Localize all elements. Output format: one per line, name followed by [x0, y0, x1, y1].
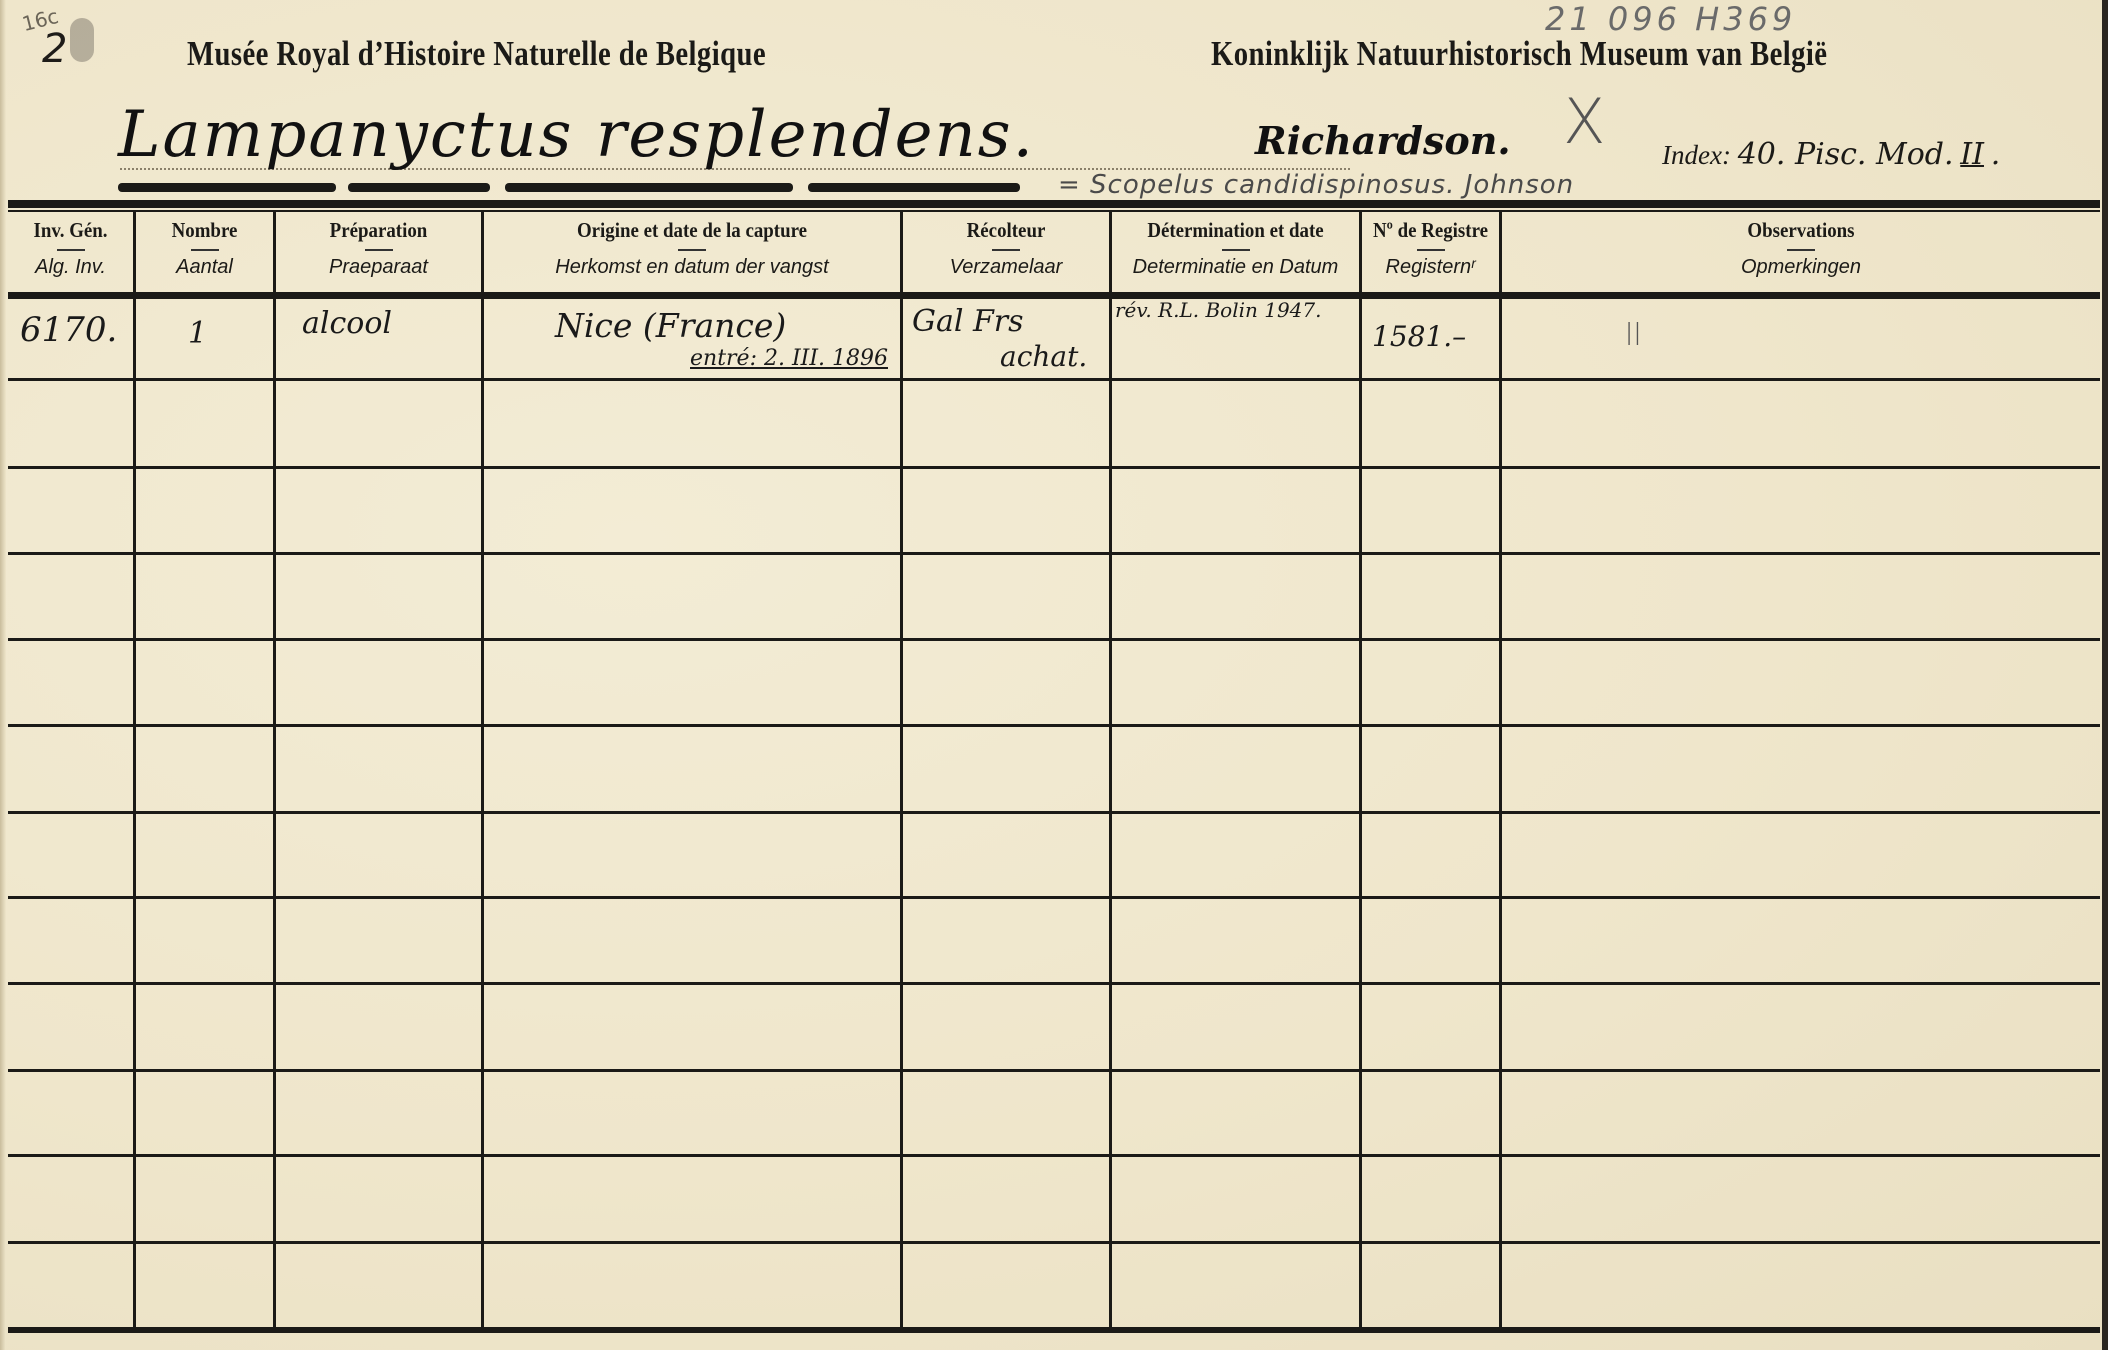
header-nl: Herkomst en datum der vangst [484, 256, 900, 279]
row-divider [8, 466, 2100, 469]
cell-collector-note: achat. [1000, 340, 1087, 373]
cell-determination: rév. R.L. Bolin 1947. [1115, 298, 1321, 322]
column-header-determination: Détermination et date Determinatie en Da… [1112, 214, 1359, 292]
header-nl: Alg. Inv. [8, 256, 133, 279]
row-divider [8, 552, 2100, 555]
species-underline [118, 183, 336, 192]
index-roman: II [1960, 137, 1984, 172]
species-author: Richardson. [1255, 118, 1511, 163]
corner-note-large: 2 [42, 26, 67, 72]
column-header-origin: Origine et date de la capture Herkomst e… [484, 214, 900, 292]
header-dash [57, 249, 85, 251]
header-nl: Verzamelaar [903, 256, 1109, 279]
check-mark-icon: X [1563, 85, 1605, 158]
table-top-thin-rule [8, 210, 2100, 212]
header-fr: Récolteur [913, 218, 1098, 243]
column-header-register: Nº de Registre Registernʳ [1362, 214, 1499, 292]
column-divider [1499, 212, 1502, 1328]
header-fr: Préparation [286, 218, 471, 243]
corner-annotation: 16c 2 [22, 8, 58, 32]
header-dash [1417, 249, 1445, 251]
header-fr: Nº de Registre [1369, 218, 1492, 243]
index-value: 40. Pisc. Mod. [1738, 137, 1954, 172]
header-dash [1787, 249, 1815, 251]
table-top-thick-rule [8, 200, 2100, 208]
header-nl: Determinatie en Datum [1112, 256, 1359, 279]
header-dash [191, 249, 219, 251]
column-divider [900, 212, 903, 1328]
pencil-smudge-icon [70, 18, 94, 62]
card-right-edge [2102, 0, 2108, 1350]
table-bottom-rule [8, 1327, 2100, 1333]
cell-inventory-number: 6170. [20, 310, 117, 350]
row-divider [8, 896, 2100, 899]
index-reference: Index: 40. Pisc. Mod. II . [1662, 137, 2000, 172]
column-divider [1109, 212, 1112, 1328]
species-underline [348, 183, 490, 192]
column-divider [273, 212, 276, 1328]
row-divider [8, 724, 2100, 727]
header-fr: Observations [1532, 218, 2070, 243]
index-label: Index: [1662, 140, 1731, 170]
header-nl: Opmerkingen [1502, 256, 2100, 279]
header-fr: Nombre [143, 218, 266, 243]
institution-name-french: Musée Royal d’Histoire Naturelle de Belg… [187, 34, 766, 74]
header-bottom-rule [8, 292, 2100, 299]
header-fr: Détermination et date [1124, 218, 1346, 243]
column-divider [133, 212, 136, 1328]
header-dash [992, 249, 1020, 251]
cell-observations: ll [1625, 318, 1642, 353]
card-edge-shadow [0, 0, 6, 1350]
row-divider [8, 1154, 2100, 1157]
cell-preparation: alcool [302, 306, 392, 341]
cell-collector: Gal Frs [912, 304, 1024, 339]
column-header-count: Nombre Aantal [136, 214, 273, 292]
column-header-preparation: Préparation Praeparaat [276, 214, 481, 292]
index-end: . [1991, 137, 2001, 172]
header-dash [1222, 249, 1250, 251]
header-fr: Origine et date de la capture [505, 218, 879, 243]
column-divider [481, 212, 484, 1328]
species-underline [808, 183, 1020, 192]
row-divider [8, 1241, 2100, 1244]
header-fr: Inv. Gén. [14, 218, 127, 243]
column-header-collector: Récolteur Verzamelaar [903, 214, 1109, 292]
registration-number: 21 096 H369 [1545, 0, 1796, 38]
header-dash [365, 249, 393, 251]
specimen-catalog-card: 16c 2 Musée Royal d’Histoire Naturelle d… [0, 0, 2108, 1350]
header-nl: Aantal [136, 256, 273, 279]
row-divider [8, 1069, 2100, 1072]
species-name: Lampanyctus resplendens. [118, 98, 1035, 172]
cell-count: 1 [188, 316, 207, 351]
row-divider [8, 811, 2100, 814]
cell-origin-place: Nice (France) [555, 306, 786, 345]
header-nl: Praeparaat [276, 256, 481, 279]
row-divider [8, 638, 2100, 641]
header-dash [678, 249, 706, 251]
cell-origin-date: entré: 2. III. 1896 [690, 346, 888, 371]
row-divider [8, 982, 2100, 985]
column-header-inv: Inv. Gén. Alg. Inv. [8, 214, 133, 292]
species-underline [505, 183, 793, 192]
header-nl: Registernʳ [1362, 256, 1499, 279]
institution-name-dutch: Koninklijk Natuurhistorisch Museum van B… [1211, 34, 1827, 74]
column-header-observations: Observations Opmerkingen [1502, 214, 2100, 292]
cell-register-number: 1581.– [1372, 320, 1466, 353]
row-divider [8, 378, 2100, 381]
column-divider [1359, 212, 1362, 1328]
species-synonym: = Scopelus candidispinosus. Johnson [1058, 170, 1574, 201]
